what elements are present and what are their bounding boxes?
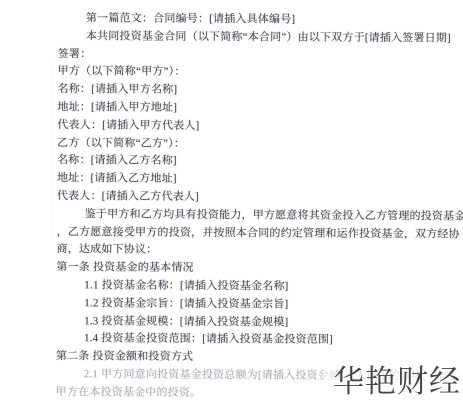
scanned-document-page: 第一篇范文：合同编号：[请插入具体编号] 本共同投资基金合同（以下简称“本合同”… — [0, 0, 463, 400]
document-line: 代表人：[请插入甲方代表人] — [0, 117, 462, 138]
watermark: 华艳财经 — [323, 365, 463, 399]
document-line: 代表人：[请插入乙方代表人] — [0, 188, 462, 209]
contract-text-block: 第一篇范文：合同编号：[请插入具体编号] 本共同投资基金合同（以下简称“本合同”… — [0, 10, 463, 400]
document-line: 第一条 投资基金的基本情况 — [0, 259, 461, 280]
